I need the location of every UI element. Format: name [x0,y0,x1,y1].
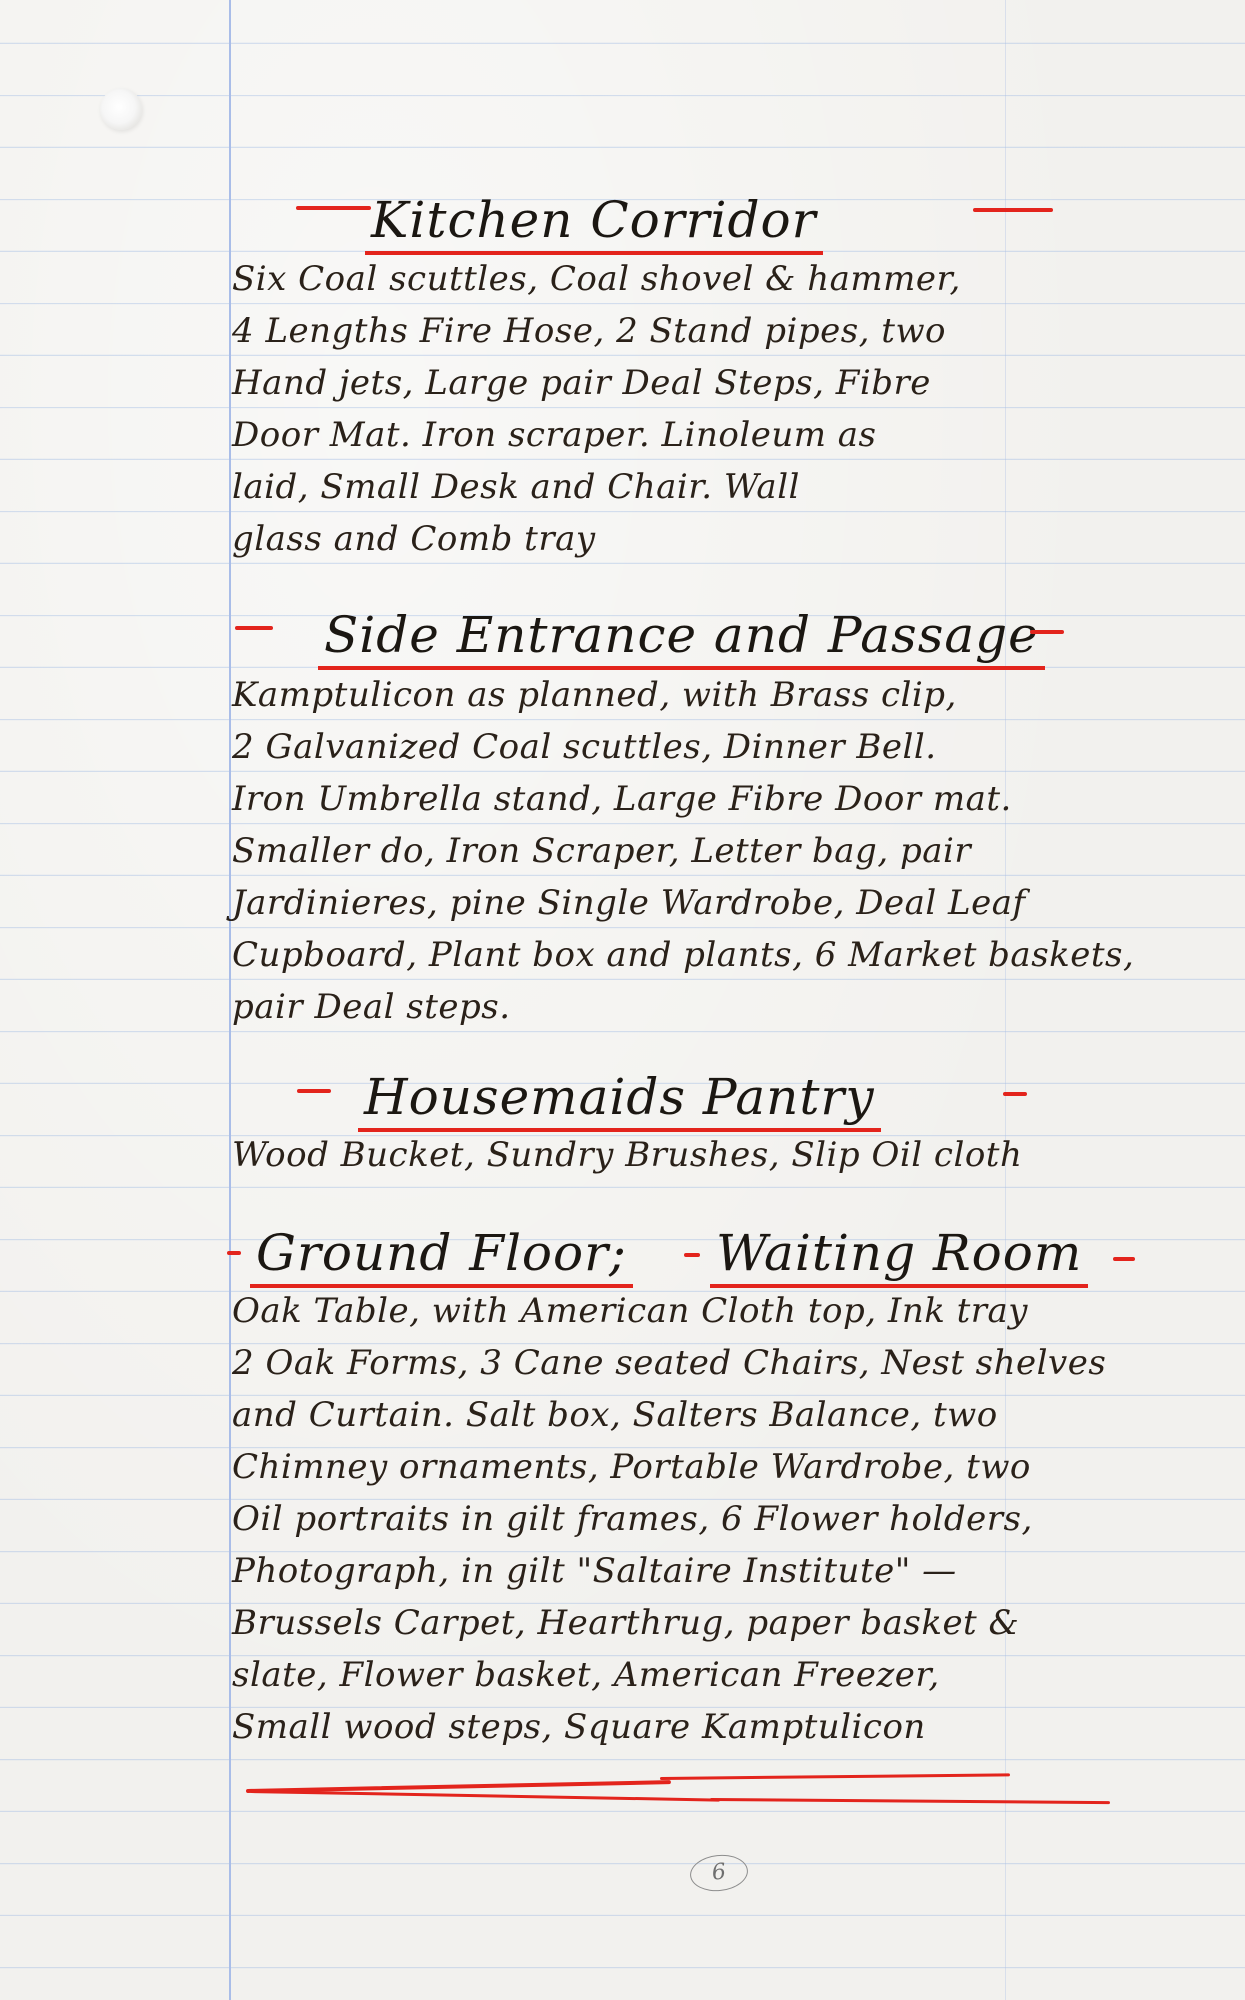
section-heading-ground-floor: Ground Floor; [250,1228,633,1288]
list-line: Oil portraits in gilt frames, 6 Flower h… [232,1502,1033,1536]
list-line: Small wood steps, Square Kamptulicon [232,1710,926,1744]
section-heading-housemaids-pantry: Housemaids Pantry [358,1072,881,1132]
heading-dash-right [1113,1257,1135,1261]
section-heading-kitchen-corridor: Kitchen Corridor [365,195,823,255]
heading-text: Kitchen Corridor [365,195,823,255]
list-line: 2 Galvanized Coal scuttles, Dinner Bell. [232,730,937,764]
heading-text: Ground Floor; [250,1228,633,1288]
list-line: Six Coal scuttles, Coal shovel & hammer, [232,262,961,296]
list-line: glass and Comb tray [232,522,596,556]
list-line: Cupboard, Plant box and plants, 6 Market… [232,938,1134,972]
ruled-lines [0,0,1245,2000]
heading-dash-left [297,1089,331,1093]
heading-dash-right [1003,1092,1027,1096]
faint-column-line [1005,0,1006,2000]
heading-dash-left [235,626,273,630]
heading-dash-mid [684,1253,700,1257]
heading-dash-right [1030,630,1064,634]
heading-dash-left [296,206,371,210]
list-line: Wood Bucket, Sundry Brushes, Slip Oil cl… [232,1138,1022,1172]
list-line: pair Deal steps. [232,990,511,1024]
embossed-seal-mark [100,88,142,130]
list-line: Jardinieres, pine Single Wardrobe, Deal … [232,886,1026,920]
heading-text: Housemaids Pantry [358,1072,881,1132]
margin-line [229,0,231,2000]
list-line: laid, Small Desk and Chair. Wall [232,470,800,504]
list-line: slate, Flower basket, American Freezer, [232,1658,940,1692]
list-line: Door Mat. Iron scraper. Linoleum as [232,418,877,452]
list-line: Photograph, in gilt "Saltaire Institute"… [232,1554,957,1588]
list-line: Kamptulicon as planned, with Brass clip, [232,678,957,712]
list-line: Hand jets, Large pair Deal Steps, Fibre [232,366,931,400]
list-line: 4 Lengths Fire Hose, 2 Stand pipes, two [232,314,946,348]
heading-text: Side Entrance and Passage [318,610,1045,670]
list-line: Oak Table, with American Cloth top, Ink … [232,1294,1028,1328]
section-heading-side-entrance: Side Entrance and Passage [318,610,1045,670]
list-line: 2 Oak Forms, 3 Cane seated Chairs, Nest … [232,1346,1106,1380]
section-heading-waiting-room: Waiting Room [710,1228,1088,1288]
heading-dash-left [227,1251,241,1255]
heading-text: Waiting Room [710,1228,1088,1288]
list-line: and Curtain. Salt box, Salters Balance, … [232,1398,998,1432]
list-line: Chimney ornaments, Portable Wardrobe, tw… [232,1450,1031,1484]
list-line: Brussels Carpet, Hearthrug, paper basket… [232,1606,1019,1640]
list-line: Smaller do, Iron Scraper, Letter bag, pa… [232,834,971,868]
heading-dash-right [973,208,1053,212]
list-line: Iron Umbrella stand, Large Fibre Door ma… [232,782,1012,816]
